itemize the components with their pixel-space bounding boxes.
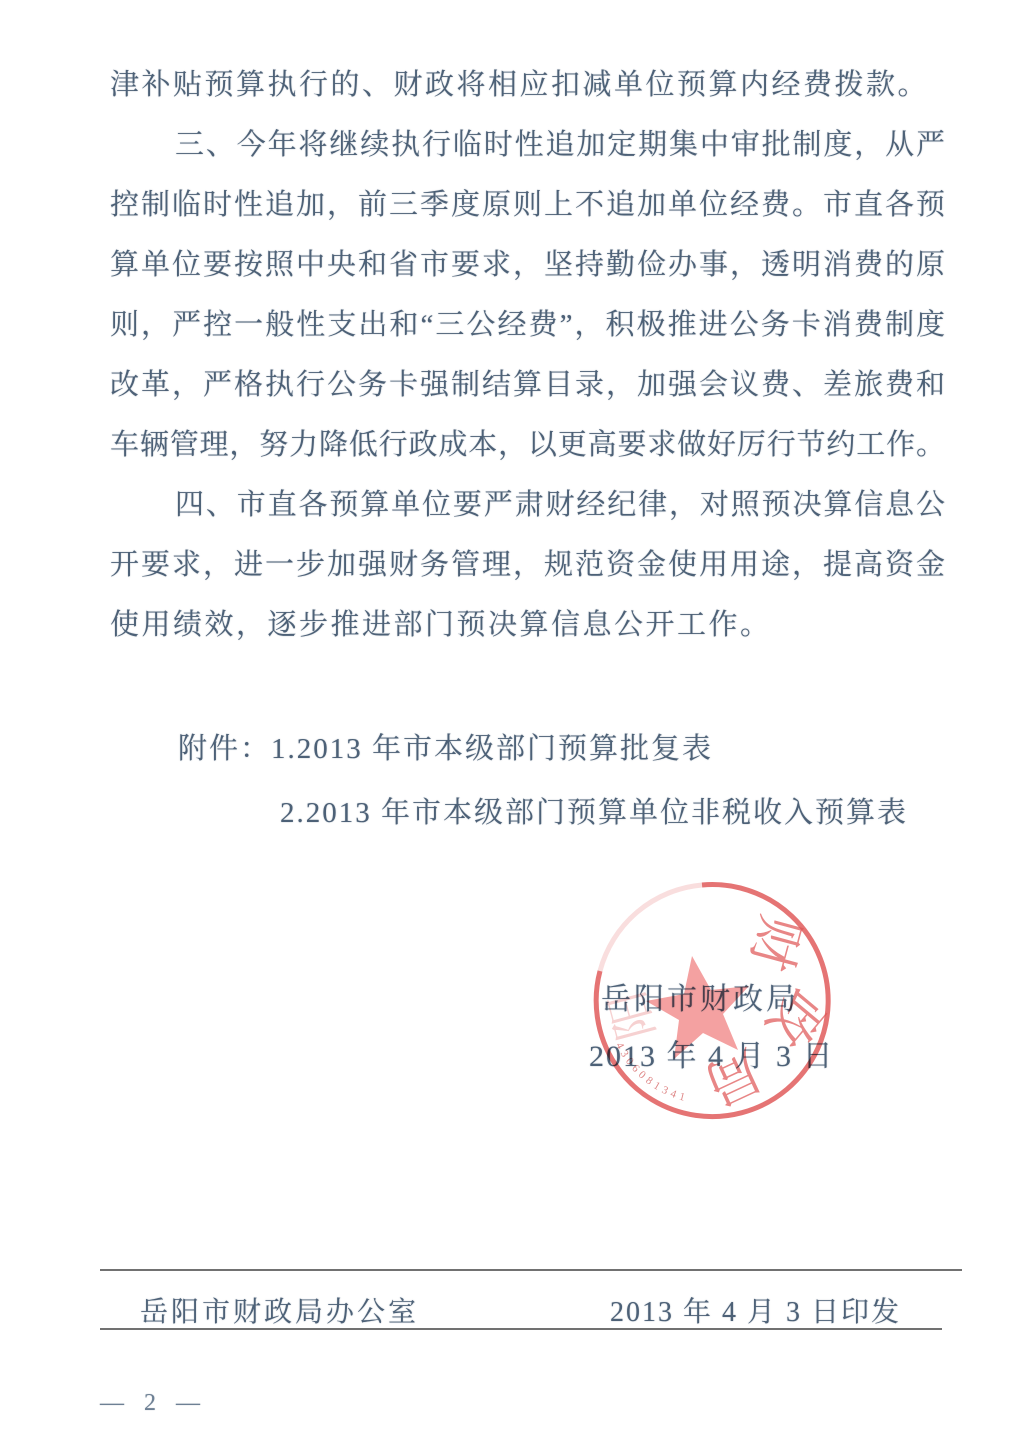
document-page: 津补贴预算执行的、财政将相应扣减单位预算内经费拨款。三、今年将继续执行临时性追加…	[0, 0, 1012, 1450]
footer-rule-top	[100, 1269, 962, 1271]
footer-rule-bottom	[100, 1328, 942, 1330]
body-line: 三、今年将继续执行临时性追加定期集中审批制度，从严	[110, 115, 945, 175]
body-line: 则，严控一般性支出和“三公经费”，积极推进公务卡消费制度	[110, 295, 945, 355]
seal-character-1: 财	[739, 909, 811, 977]
body-line: 车辆管理，努力降低行政成本，以更高要求做好厉行节约工作。	[110, 415, 945, 475]
footer-issuer: 岳阳市财政局办公室	[140, 1290, 419, 1330]
footer-print-date: 2013 年 4 月 3 日印发	[610, 1290, 901, 1330]
body-line: 开要求，进一步加强财务管理，规范资金使用用途，提高资金	[110, 535, 945, 595]
body-line: 算单位要按照中央和省市要求，坚持勤俭办事，透明消费的原	[110, 235, 945, 295]
body-text: 津补贴预算执行的、财政将相应扣减单位预算内经费拨款。三、今年将继续执行临时性追加…	[110, 55, 945, 655]
body-line: 控制临时性追加，前三季度原则上不追加单位经费。市直各预	[110, 175, 945, 235]
page-number: — 2 —	[100, 1390, 207, 1417]
body-line: 津补贴预算执行的、财政将相应扣减单位预算内经费拨款。	[110, 55, 945, 115]
signature-date: 2013 年 4 月 3 日	[589, 1031, 835, 1075]
attachment-item-1: 附件：1.2013 年市本级部门预算批复表	[178, 731, 713, 767]
body-line: 改革，严格执行公务卡强制结算目录，加强会议费、差旅费和	[110, 355, 945, 415]
signature-agency: 岳阳市财政局	[601, 974, 799, 1018]
seal-ring-faint-arc	[600, 885, 702, 971]
body-line: 四、市直各预算单位要严肃财经纪律，对照预决算信息公	[110, 475, 945, 535]
attachment-item-2: 2.2013 年市本级部门预算单位非税收入预算表	[280, 795, 908, 831]
body-line: 使用绩效，逐步推进部门预决算信息公开工作。	[110, 595, 945, 655]
